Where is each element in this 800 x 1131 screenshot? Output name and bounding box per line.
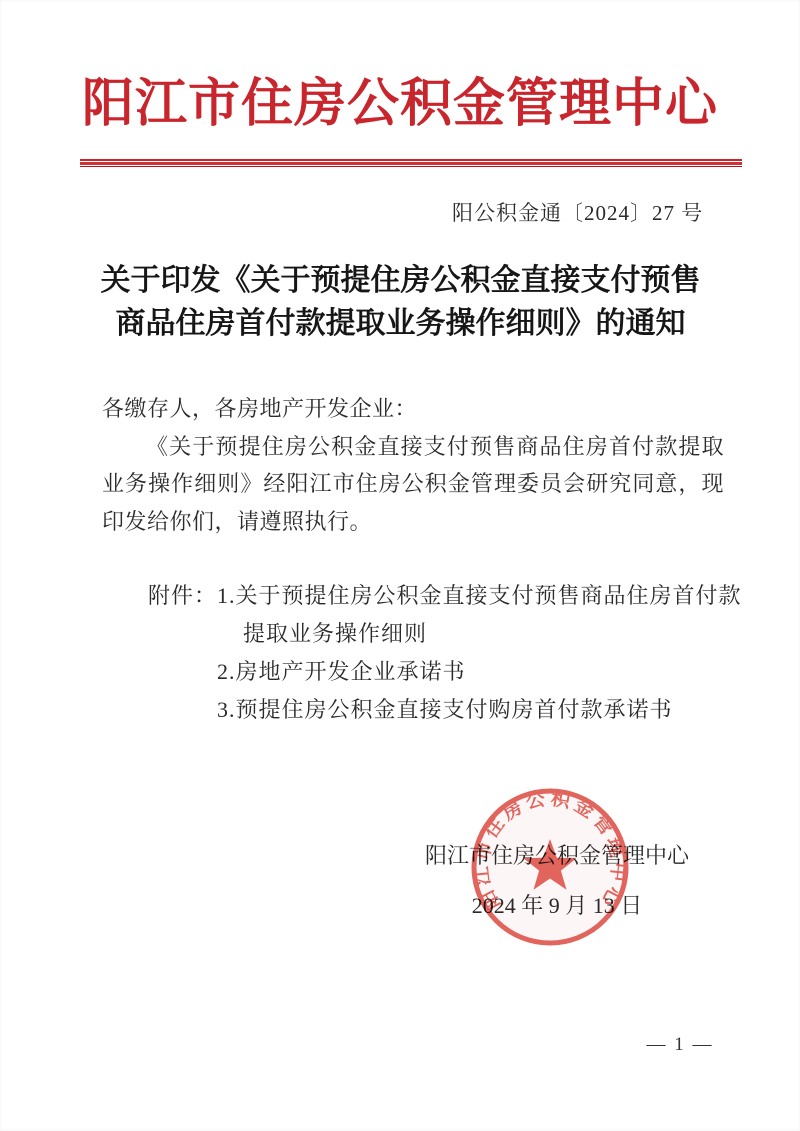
letterhead-rule [80,159,742,167]
attachment-item: 1.关于预提住房公积金直接支付预售商品住房首付款提取业务操作细则 [217,577,752,653]
attachment-item: 2.房地产开发企业承诺书 [217,653,752,691]
document-page: 阳江市住房公积金管理中心 阳公积金通〔2024〕27 号 关于印发《关于预提住房… [0,0,800,1131]
document-title: 关于印发《关于预提住房公积金直接支付预售商品住房首付款提取业务操作细则》的通知 [93,259,708,345]
attachments-section: 附件： 1.关于预提住房公积金直接支付预售商品住房首付款提取业务操作细则 2.房… [148,577,752,729]
attachments-list: 1.关于预提住房公积金直接支付预售商品住房首付款提取业务操作细则 2.房地产开发… [217,577,752,729]
letterhead-title: 阳江市住房公积金管理中心 [0,75,800,135]
salutation: 各缴存人，各房地产开发企业： [102,390,724,428]
document-body: 各缴存人，各房地产开发企业： 《关于预提住房公积金直接支付预售商品住房首付款提取… [102,390,724,540]
attachments-label: 附件： [148,577,217,729]
document-number: 阳公积金通〔2024〕27 号 [452,198,703,228]
page-number: — 1 — [620,1034,740,1056]
signature-block: 阳江市住房公积金管理中心 2024 年 9 月 13 日 [422,831,692,931]
issue-date: 2024 年 9 月 13 日 [422,881,692,931]
issuer-name: 阳江市住房公积金管理中心 [422,831,692,881]
body-paragraph: 《关于预提住房公积金直接支付预售商品住房首付款提取业务操作细则》经阳江市住房公积… [102,428,724,541]
attachment-item: 3.预提住房公积金直接支付购房首付款承诺书 [217,691,752,729]
